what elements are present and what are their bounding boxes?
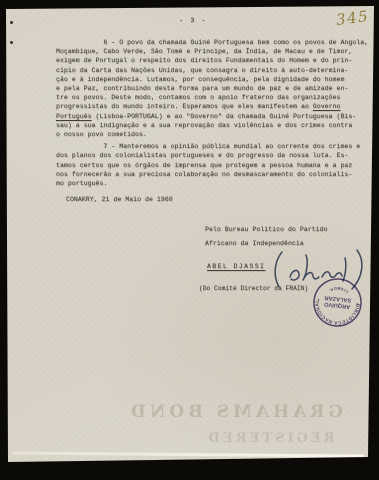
stamp-star-left: ✦ <box>355 301 360 306</box>
typed-line: tre os povos. Deste modo, contamos com o… <box>56 93 362 102</box>
typed-body: 6 - O povo da chamada Guiné Portuguesa b… <box>56 38 362 188</box>
typed-line: Moçambique, Cabo Verde, São Tomé e Prínc… <box>56 47 362 56</box>
typed-line: e pela Paz, contribuindo desta forma par… <box>56 84 362 93</box>
staple-hole <box>10 21 13 24</box>
typed-line: 6 - O povo da chamada Guiné Portuguesa b… <box>56 38 362 47</box>
archive-stamp-graphic: BIBLIOTECA NACIONAL LISBOA ✦ ✦ ARQUIVO S… <box>308 273 366 331</box>
dateline: CONAKRY, 21 de Maio de 1960 <box>66 196 173 203</box>
handwritten-folio-number: 345 <box>335 7 370 29</box>
paper-watermark-line1: GRAHAMS BOND <box>105 402 365 422</box>
stamp-star-right: ✦ <box>316 297 321 302</box>
svg-text:LISBOA: LISBOA <box>328 285 349 295</box>
typed-line: sau) a sua indignação e a sua reprovação… <box>56 121 362 130</box>
paper-watermark-line2: REGISTERED <box>185 431 355 446</box>
typed-line: exigem de Portugal o respeito dos direit… <box>56 56 362 65</box>
typed-line: tamos certos que os órgãos de imprensa q… <box>56 161 362 170</box>
signature-block-line1: Pelo Bureau Político do Partido <box>205 226 327 233</box>
typed-line: mo português. <box>56 179 362 188</box>
typed-paragraph: 7 - Manteremos a opinião pública mundial… <box>56 142 362 188</box>
typed-line: Português (Lisboa-PORTUGAL) e ao "Govern… <box>56 112 362 121</box>
stamp-arc-bottom-text: LISBOA <box>328 285 349 295</box>
page-number: - 3 - <box>170 17 216 25</box>
staple-hole <box>10 41 13 44</box>
typed-line: dos planos dos colonialistas portugueses… <box>56 151 362 160</box>
typed-line: 7 - Manteremos a opinião pública mundial… <box>56 142 362 151</box>
typed-line: nos fornecerão a sua preciosa colaboraçã… <box>56 170 362 179</box>
archive-stamp: BIBLIOTECA NACIONAL LISBOA ✦ ✦ ARQUIVO S… <box>308 273 366 331</box>
paper-bottom-edge-highlight <box>12 451 364 457</box>
typed-line: progressistas do mundo inteiro. Esperamo… <box>56 102 362 111</box>
signatory-name: ABEL DJASSI <box>207 263 265 270</box>
typed-line: cípio da Carta das Nações Unidas, que co… <box>56 66 362 75</box>
typed-line: ção e à independência. Lutamos, por cons… <box>56 75 362 84</box>
typed-paragraph: 6 - O povo da chamada Guiné Portuguesa b… <box>56 38 362 139</box>
typed-line: o nosso povo cometidos. <box>56 130 362 139</box>
scanned-page: GRAHAMS BOND REGISTERED - 3 - 345 6 - O … <box>0 0 379 480</box>
